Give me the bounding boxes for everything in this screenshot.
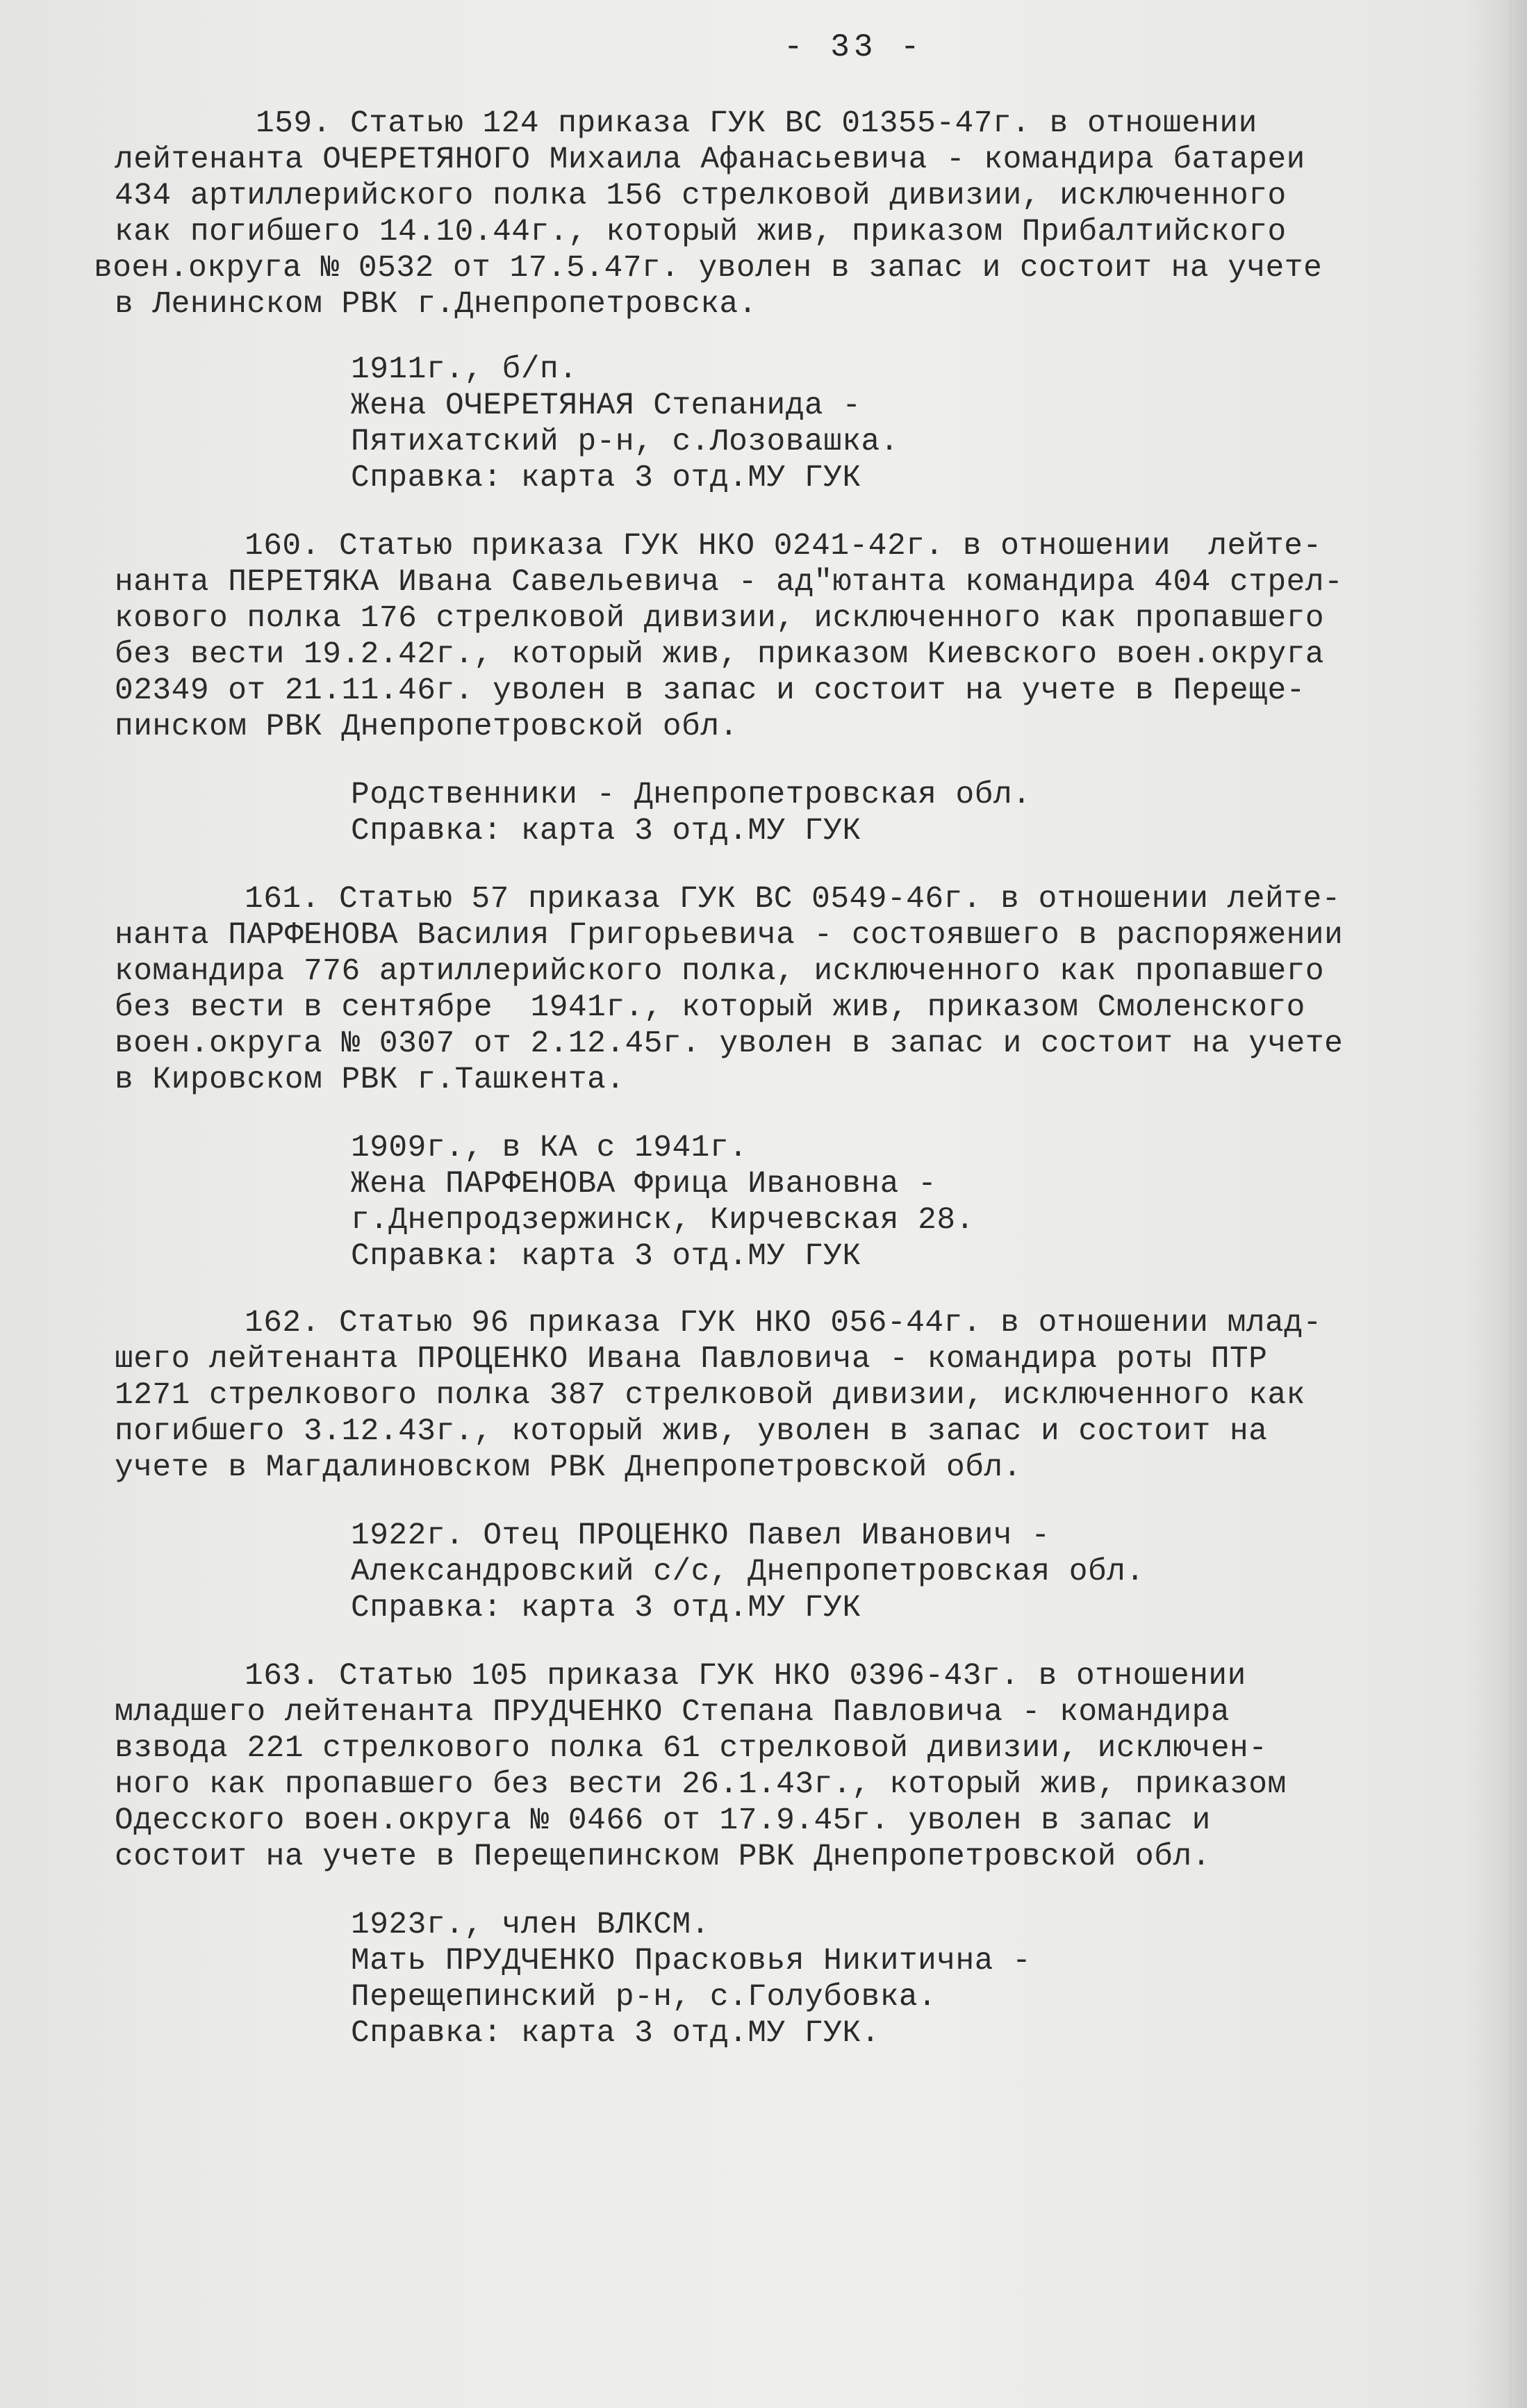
reference-note-line: Справка: карта 3 отд.МУ ГУК [351, 1238, 861, 1275]
reference-note-line: Пятихатский р-н, с.Лозовашка. [351, 424, 899, 460]
entry-line: Одесского воен.округа № 0466 от 17.9.45г… [115, 1803, 1211, 1839]
entry-line: нанта ПАРФЕНОВА Василия Григорьевича - с… [115, 917, 1343, 953]
entry-line: без вести 19.2.42г., который жив, приказ… [115, 637, 1324, 673]
entry-line: погибшего 3.12.43г., который жив, уволен… [115, 1414, 1267, 1450]
reference-note-line: Справка: карта 3 отд.МУ ГУК [351, 460, 861, 496]
entry-line: младшего лейтенанта ПРУДЧЕНКО Степана Па… [115, 1694, 1230, 1730]
reference-note-line: Справка: карта 3 отд.МУ ГУК [351, 1590, 861, 1626]
entry-line: взвода 221 стрелкового полка 61 стрелков… [115, 1730, 1267, 1767]
reference-note-line: Мать ПРУДЧЕНКО Прасковья Никитична - [351, 1943, 1031, 1979]
reference-note-line: Перещепинский р-н, с.Голубовка. [351, 1979, 936, 2015]
entry-line: без вести в сентябре 1941г., который жив… [115, 990, 1305, 1026]
reference-note-line: Жена ПАРФЕНОВА Фрица Ивановна - [351, 1166, 936, 1202]
reference-note-line: 1909г., в КА с 1941г. [351, 1130, 748, 1166]
reference-note-line: 1922г. Отец ПРОЦЕНКО Павел Иванович - [351, 1518, 1050, 1554]
entry-line: ного как пропавшего без вести 26.1.43г.,… [115, 1767, 1287, 1803]
entry-line: 1271 стрелкового полка 387 стрелковой ди… [115, 1377, 1305, 1414]
page-number: - 33 - [784, 29, 924, 65]
entry-line: в Ленинском РВК г.Днепропетровска. [115, 286, 757, 322]
entry-line: 159. Статью 124 приказа ГУК ВС 01355-47г… [256, 106, 1257, 142]
reference-note-line: Жена ОЧЕРЕТЯНАЯ Степанида - [351, 388, 861, 424]
entry-line: в Кировском РВК г.Ташкента. [115, 1062, 625, 1098]
entry-line: 162. Статью 96 приказа ГУК НКО 056-44г. … [245, 1305, 1322, 1341]
reference-note-line: Родственники - Днепропетровская обл. [351, 777, 1031, 813]
entry-line: шего лейтенанта ПРОЦЕНКО Ивана Павловича… [115, 1341, 1267, 1377]
reference-note-line: Александровский с/с, Днепропетровская об… [351, 1554, 1145, 1590]
entry-line: как погибшего 14.10.44г., который жив, п… [115, 214, 1287, 250]
entry-line: воен.округа № 0307 от 2.12.45г. уволен в… [115, 1026, 1343, 1062]
entry-line: нанта ПЕРЕТЯКА Ивана Савельевича - ад"ют… [115, 564, 1343, 600]
reference-note-line: 1911г., б/п. [351, 352, 577, 388]
entry-line: командира 776 артиллерийского полка, иск… [115, 953, 1324, 990]
reference-note-line: 1923г., член ВЛКСМ. [351, 1907, 710, 1943]
entry-line: воен.округа № 0532 от 17.5.47г. уволен в… [94, 250, 1322, 286]
entry-line: 161. Статью 57 приказа ГУК ВС 0549-46г. … [245, 881, 1341, 917]
entry-line: кового полка 176 стрелковой дивизии, иск… [115, 600, 1324, 637]
entry-line: 160. Статью приказа ГУК НКО 0241-42г. в … [245, 528, 1322, 564]
reference-note-line: Справка: карта 3 отд.МУ ГУК. [351, 2015, 880, 2051]
entry-line: учете в Магдалиновском РВК Днепропетровс… [115, 1450, 1022, 1486]
entry-line: лейтенанта ОЧЕРЕТЯНОГО Михаила Афанасьев… [115, 142, 1305, 178]
entry-line: 02349 от 21.11.46г. уволен в запас и сос… [115, 673, 1305, 709]
entry-line: 163. Статью 105 приказа ГУК НКО 0396-43г… [245, 1658, 1246, 1694]
reference-note-line: Справка: карта 3 отд.МУ ГУК [351, 813, 861, 849]
entry-line: состоит на учете в Перещепинском РВК Дне… [115, 1839, 1211, 1875]
entry-line: пинском РВК Днепропетровской обл. [115, 709, 738, 745]
reference-note-line: г.Днепродзержинск, Кирчевская 28. [351, 1202, 975, 1238]
entry-line: 434 артиллерийского полка 156 стрелковой… [115, 178, 1287, 214]
